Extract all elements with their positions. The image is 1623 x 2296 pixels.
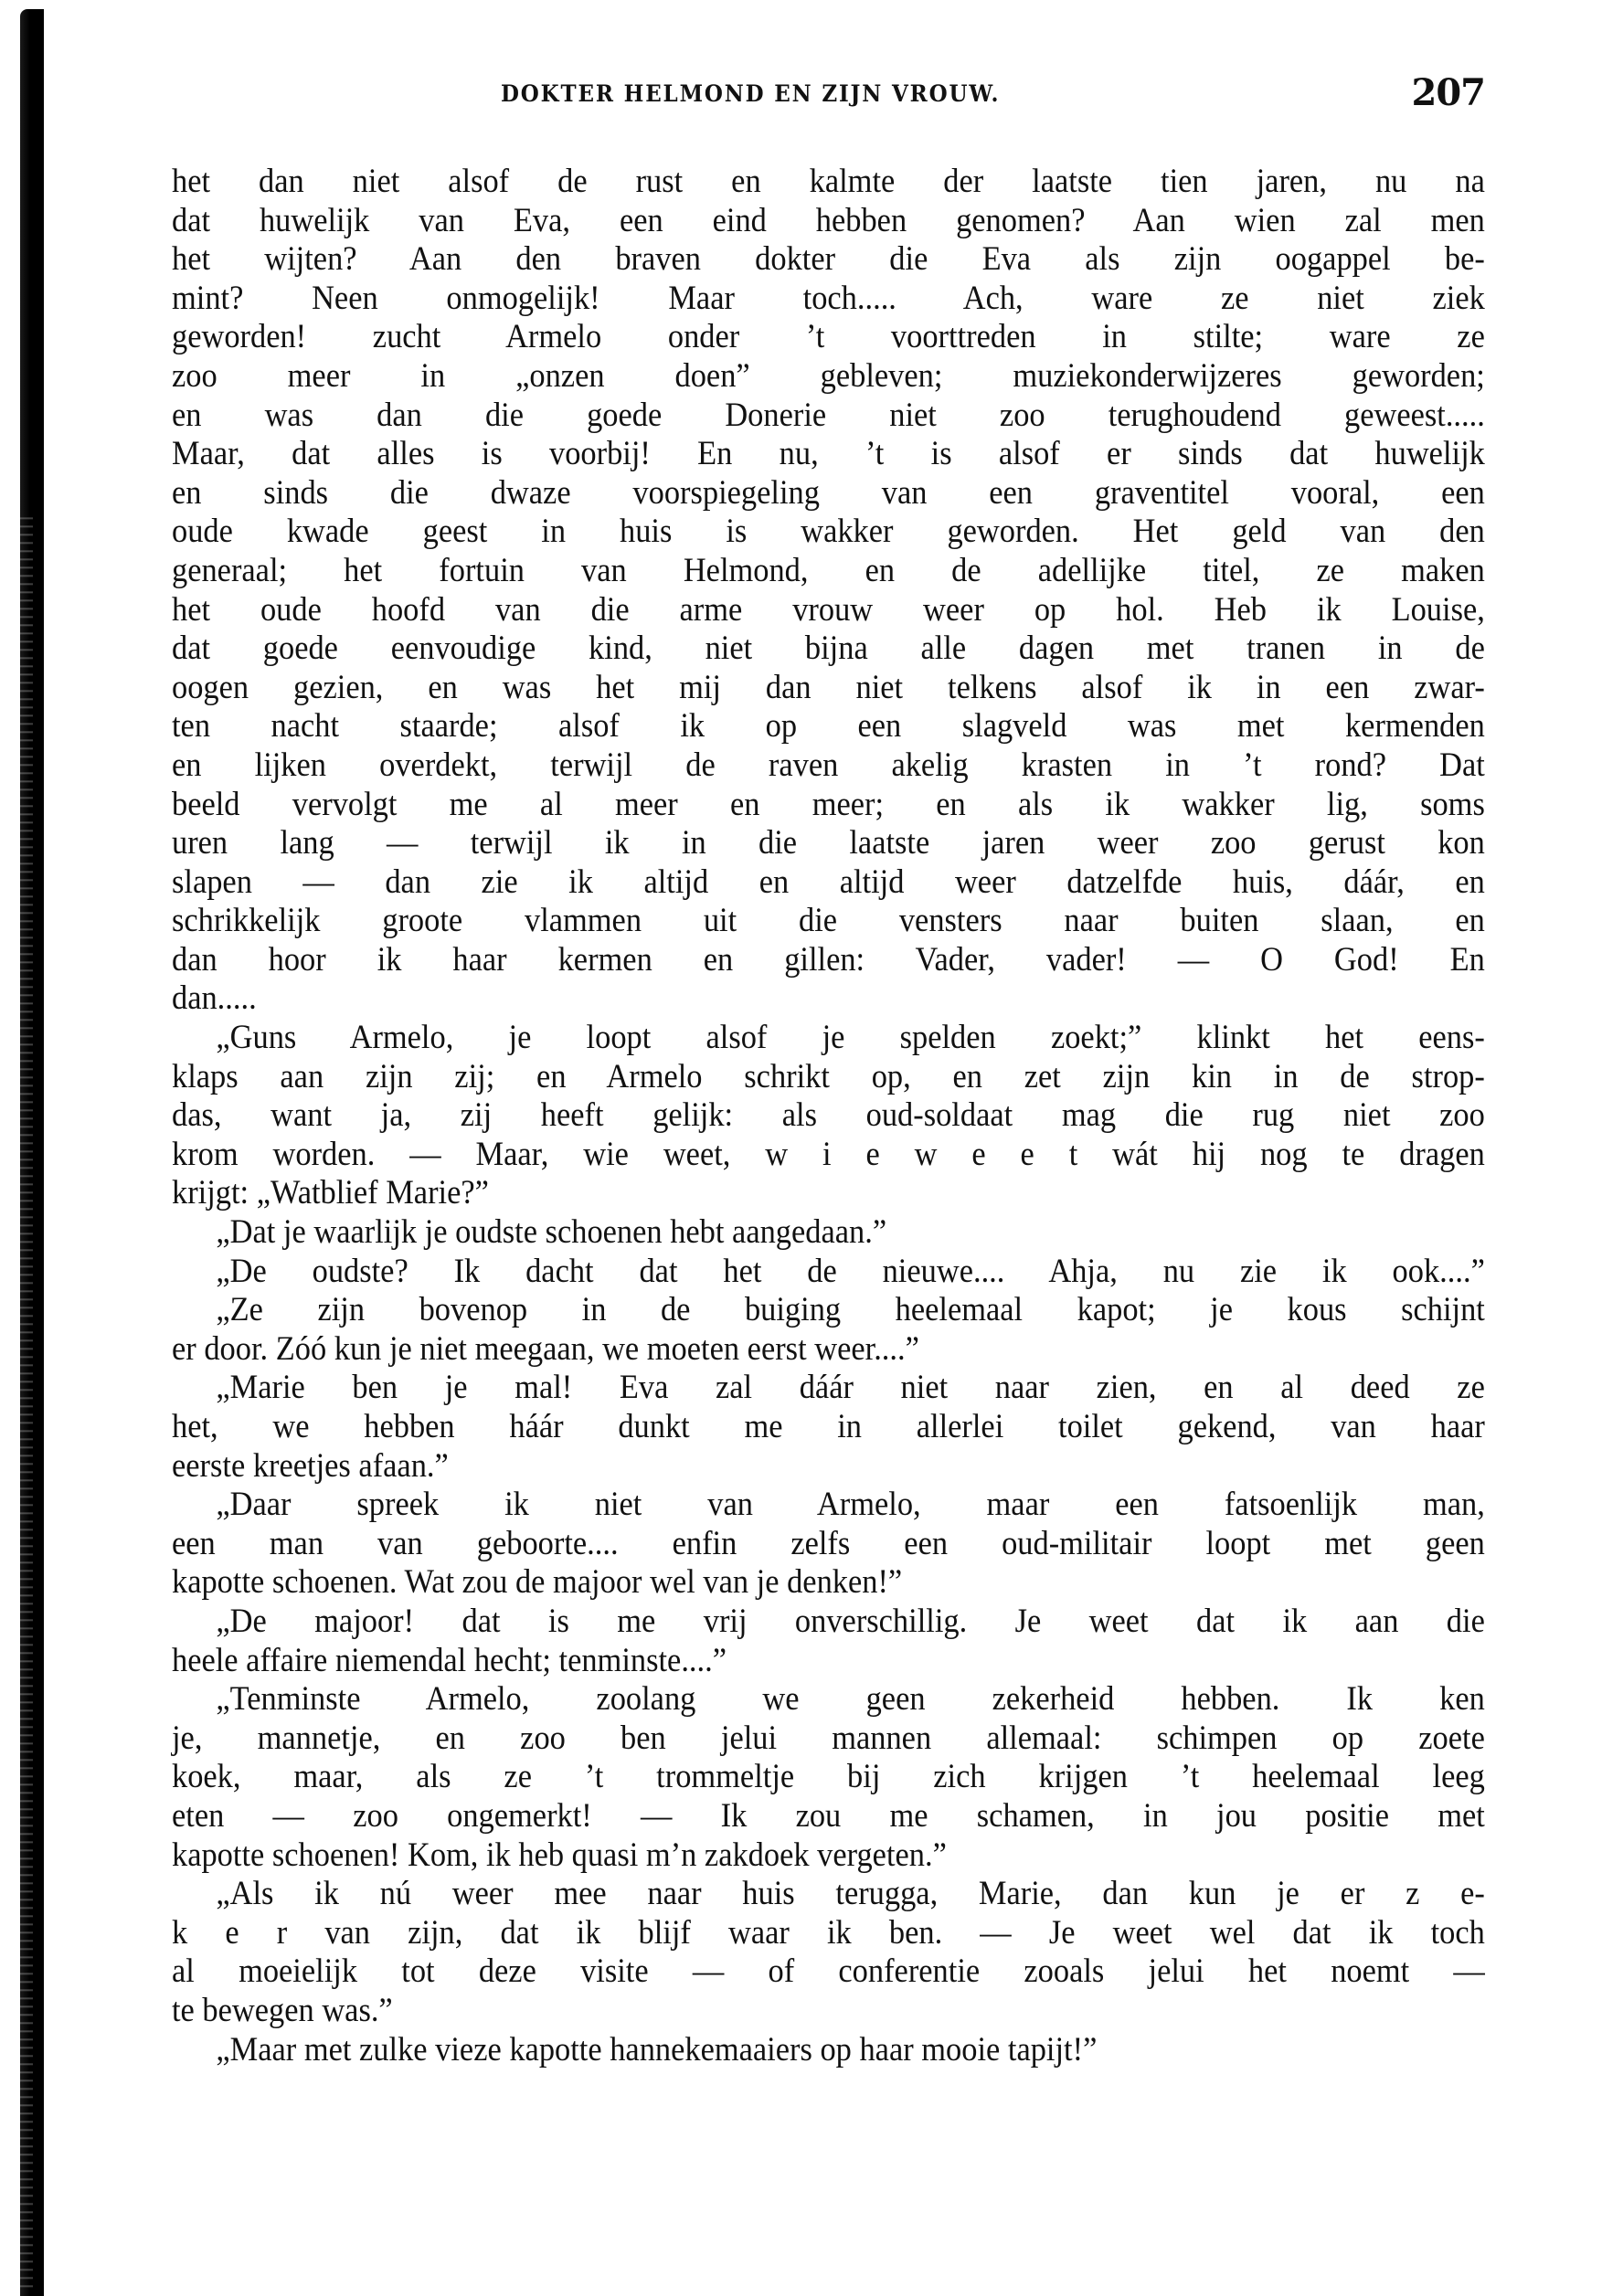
text-line: oude kwade geest in huis is wakker gewor… xyxy=(172,513,1485,552)
text-line: slapen — dan zie ik altijd en altijd wee… xyxy=(172,863,1485,903)
text-line: zoo meer in „onzen doen” gebleven; muzie… xyxy=(172,357,1485,397)
text-line: een man van geboorte.... enfin zelfs een… xyxy=(172,1525,1485,1564)
text-line: het oude hoofd van die arme vrouw weer o… xyxy=(172,591,1485,630)
binding-speckle xyxy=(13,512,33,2293)
paragraph-first-line: „Dat je waarlijk je oudste schoenen hebt… xyxy=(172,1213,1485,1253)
paragraph-first-line: „De majoor! dat is me vrij onverschillig… xyxy=(172,1603,1485,1642)
paragraph-first-line: „Daar spreek ik niet van Armelo, maar ee… xyxy=(172,1486,1485,1525)
text-line: geworden! zucht Armelo onder ’t voorttre… xyxy=(172,318,1485,357)
text-line: koek, maar, als ze ’t trommeltje bij zic… xyxy=(172,1758,1485,1797)
text-line: schrikkelijk groote vlammen uit die vens… xyxy=(172,902,1485,941)
text-line: dan..... xyxy=(172,979,1485,1019)
paragraph-first-line: „Ze zijn bovenop in de buiging heelemaal… xyxy=(172,1291,1485,1330)
text-line: eerste kreetjes afaan.” xyxy=(172,1447,1485,1487)
text-line: het wijten? Aan den braven dokter die Ev… xyxy=(172,240,1485,280)
text-line: heele affaire niemendal hecht; tenminste… xyxy=(172,1642,1485,1681)
text-line: al moeielijk tot deze visite — of confer… xyxy=(172,1952,1485,1992)
text-line: eten — zoo ongemerkt! — Ik zou me schame… xyxy=(172,1797,1485,1836)
page-number: 207 xyxy=(1412,71,1486,114)
text-line: Maar, dat alles is voorbij! En nu, ’t is… xyxy=(172,435,1485,474)
text-line: ten nacht staarde; alsof ik op een slagv… xyxy=(172,707,1485,746)
text-line: k e r van zijn, dat ik blijf waar ik ben… xyxy=(172,1914,1485,1953)
running-head: DOKTER HELMOND EN ZIJN VROUW. 207 xyxy=(172,71,1485,113)
paragraph-first-line: „Marie ben je mal! Eva zal dáár niet naa… xyxy=(172,1369,1485,1408)
text-line: klaps aan zijn zij; en Armelo schrikt op… xyxy=(172,1058,1485,1097)
text-line: er door. Zóó kun je niet meegaan, we moe… xyxy=(172,1330,1485,1370)
text-line: das, want ja, zij heeft gelijk: als oud-… xyxy=(172,1096,1485,1136)
text-line: kapotte schoenen! Kom, ik heb quasi m’n … xyxy=(172,1836,1485,1876)
text-line: mint? Neen onmogelijk! Maar toch..... Ac… xyxy=(172,280,1485,319)
paragraph-first-line: „Tenminste Armelo, zoolang we geen zeker… xyxy=(172,1680,1485,1719)
text-line: oogen gezien, en was het mij dan niet te… xyxy=(172,669,1485,708)
text-line: en sinds die dwaze voorspiegeling van ee… xyxy=(172,474,1485,513)
text-line: dat huwelijk van Eva, een eind hebben ge… xyxy=(172,202,1485,241)
paragraph-first-line: „Guns Armelo, je loopt alsof je spelden … xyxy=(172,1019,1485,1058)
text-line: uren lang — terwijl ik in die laatste ja… xyxy=(172,824,1485,863)
text-line: het, we hebben háár dunkt me in allerlei… xyxy=(172,1408,1485,1447)
text-line: krijgt: „Watblief Marie?” xyxy=(172,1174,1485,1213)
running-title: DOKTER HELMOND EN ZIJN VROUW. xyxy=(501,80,1000,107)
text-line: beeld vervolgt me al meer en meer; en al… xyxy=(172,786,1485,825)
text-line: generaal; het fortuin van Helmond, en de… xyxy=(172,552,1485,591)
text-line: en lijken overdekt, terwijl de raven ake… xyxy=(172,746,1485,786)
text-line: je, mannetje, en zoo ben jelui mannen al… xyxy=(172,1719,1485,1759)
body-text: het dan niet alsof de rust en kalmte der… xyxy=(172,163,1485,2069)
text-line: dat goede eenvoudige kind, niet bijna al… xyxy=(172,630,1485,669)
text-line: en was dan die goede Donerie niet zoo te… xyxy=(172,397,1485,436)
paragraph-first-line: „Als ik nú weer mee naar huis terugga, M… xyxy=(172,1875,1485,1914)
paragraph-first-line: „De oudste? Ik dacht dat het de nieuwe..… xyxy=(172,1253,1485,1292)
paragraph-first-line: „Maar met zulke vieze kapotte hannekemaa… xyxy=(172,2031,1485,2070)
text-line: krom worden. — Maar, wie weet, w i e w e… xyxy=(172,1136,1485,1175)
text-line: kapotte schoenen. Wat zou de majoor wel … xyxy=(172,1563,1485,1603)
text-line: het dan niet alsof de rust en kalmte der… xyxy=(172,163,1485,202)
text-line: dan hoor ik haar kermen en gillen: Vader… xyxy=(172,941,1485,980)
text-line: te bewegen was.” xyxy=(172,1992,1485,2031)
